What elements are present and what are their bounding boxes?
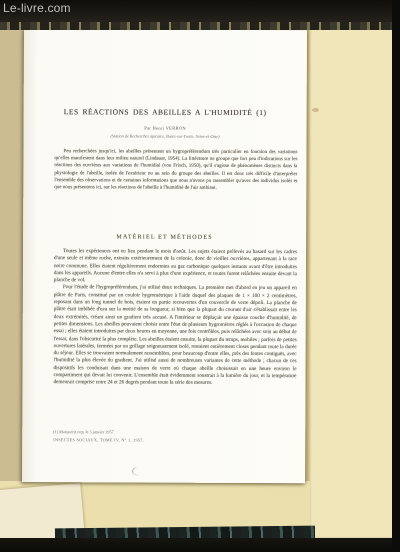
author-byline: Par Henri VERRON (24, 125, 307, 131)
watermark: Le-livre.com (3, 1, 71, 15)
footnote-block: (1) Manuscrit reçu le 3 janvier 1957. IN… (53, 428, 273, 445)
affiliation-line: (Station de Recherches apicoles, Bures-s… (24, 133, 307, 139)
pencil-mark (131, 466, 142, 477)
article-title: LES RÉACTIONS DES ABEILLES A L'HUMIDITÉ … (24, 107, 307, 117)
book-cover-top: Le-livre.com (0, 0, 400, 22)
book-scan: LES RÉACTIONS DES ABEILLES A L'HUMIDITÉ … (0, 0, 400, 552)
section-heading: MATÉRIEL ET MÉTHODES (23, 234, 306, 241)
body-paragraph-2: Pour l'étude de l'hygropréférendum, j'ai… (53, 285, 296, 388)
page-stack-edge (306, 28, 395, 538)
book-cover-right (392, 0, 400, 552)
book-cover-bottom (0, 538, 400, 552)
page-content: LES RÉACTIONS DES ABEILLES A L'HUMIDITÉ … (22, 29, 307, 483)
cover-marble-strip-top (0, 21, 393, 30)
body-paragraph-1: Toutes les expériences ont eu lieu penda… (54, 248, 297, 286)
document-page: LES RÉACTIONS DES ABEILLES A L'HUMIDITÉ … (22, 29, 307, 483)
article-body: Toutes les expériences ont eu lieu penda… (53, 248, 297, 388)
stain-mark (312, 108, 319, 112)
abstract-paragraph: Peu recherchées jusqu'ici, les abeilles … (54, 148, 297, 192)
journal-reference: INSECTES SOCIAUX, TOME IV, N° 1, 1957. (53, 436, 273, 445)
